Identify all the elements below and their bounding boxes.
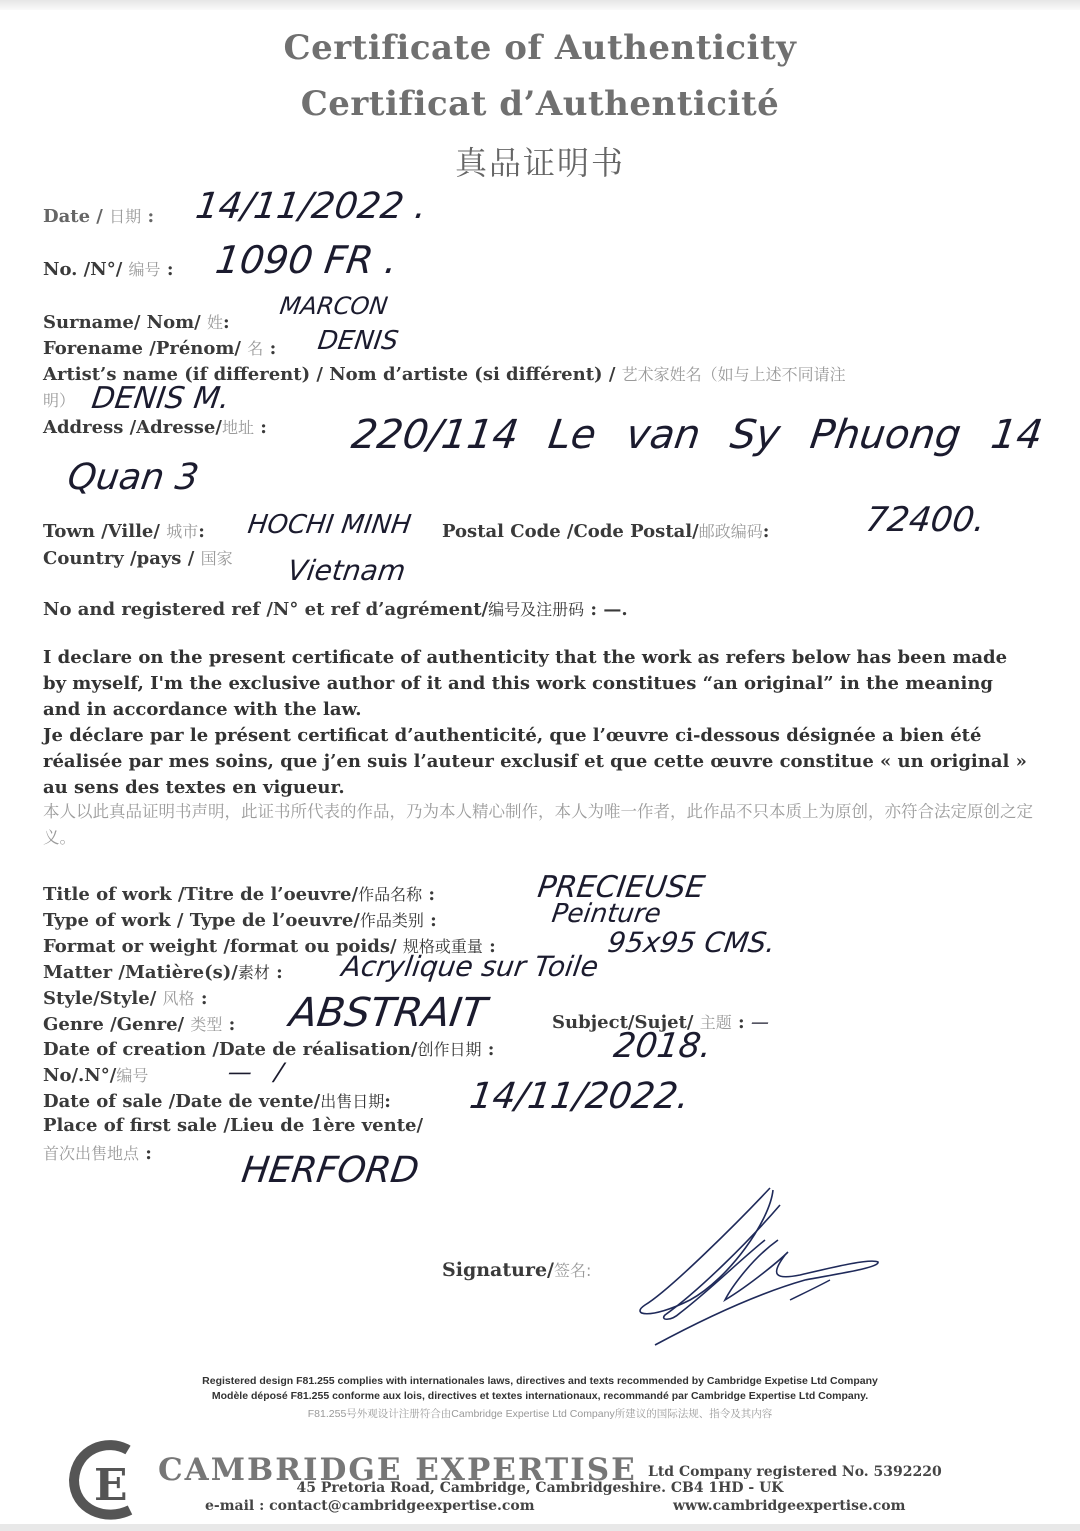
town-value: HOCHI MINH <box>246 510 413 540</box>
company-website: www.cambridgeexpertise.com <box>673 1498 905 1514</box>
footer-note-chinese: F81.255号外观设计注册符合由Cambridge Expertise Ltd… <box>0 1406 1080 1421</box>
no-label: No/.N°/编号 <box>43 1063 148 1086</box>
registered-ref-label: No and registered ref /N° et ref d’agrém… <box>43 597 628 620</box>
title-english: Certificate of Authenticity <box>0 28 1080 68</box>
address-line2: Quan 3 <box>65 457 201 498</box>
country-label: Country /pays / 国家 <box>43 546 233 569</box>
work-type-value: Peinture <box>550 899 663 929</box>
sale-date-value: 14/11/2022. <box>467 1076 692 1117</box>
signature-label: Signature/签名: <box>442 1258 591 1281</box>
company-email: e-mail : contact@cambridgeexpertise.com <box>205 1498 535 1514</box>
number-label: No. /N°/ 编号 : <box>43 257 173 280</box>
forename-label: Forename /Prénom/ 名 : <box>43 336 276 359</box>
first-sale-place-label-zh: 首次出售地点 : <box>43 1141 152 1164</box>
number-value: 1090 FR . <box>213 238 400 282</box>
scan-top-edge <box>0 0 1080 10</box>
footer-note-english: Registered design F81.255 complies with … <box>0 1375 1080 1387</box>
town-label: Town /Ville/ 城市: <box>43 519 205 542</box>
first-sale-place-value: HERFORD <box>239 1150 421 1191</box>
address-label: Address /Adresse/地址 : <box>43 415 267 438</box>
creation-date-value: 2018. <box>611 1026 714 1066</box>
company-registration: Ltd Company registered No. 5392220 <box>648 1464 942 1480</box>
matter-value: Acrylique sur Toile <box>340 950 601 983</box>
creation-date-label: Date of creation /Date de réalisation/创作… <box>43 1037 494 1060</box>
declaration-french: Je déclare par le présent certificat d’a… <box>43 723 1033 801</box>
handwritten-signature <box>630 1180 890 1350</box>
title-french: Certificat d’Authenticité <box>0 84 1080 124</box>
style-label: Style/Style/ 风格 : <box>43 986 207 1009</box>
matter-label: Matter /Matière(s)/素材 : <box>43 960 283 983</box>
declaration-chinese: 本人以此真品证明书声明，此证书所代表的作品，乃为本人精心制作，本人为唯一作者，此… <box>43 799 1033 851</box>
postal-code-label: Postal Code /Code Postal/邮政编码: <box>442 519 769 542</box>
artist-name-value: DENIS M. <box>90 381 232 416</box>
sale-date-label: Date of sale /Date de vente/出售日期: <box>43 1089 391 1112</box>
declaration-english: I declare on the present certificate of … <box>43 645 1033 723</box>
country-value: Vietnam <box>286 554 408 587</box>
genre-value: ABSTRAIT <box>287 990 489 1036</box>
date-value: 14/11/2022 . <box>193 186 429 227</box>
company-address: 45 Pretoria Road, Cambridge, Cambridgesh… <box>0 1480 1080 1496</box>
title-chinese: 真品证明书 <box>0 138 1080 184</box>
work-title-label: Title of work /Titre de l’oeuvre/作品名称 : <box>43 882 435 905</box>
address-line1: 220/114 Le van Sy Phuong 14 <box>349 412 1046 458</box>
forename-value: DENIS <box>316 326 400 356</box>
format-value: 95x95 CMS. <box>606 926 778 959</box>
scan-bottom-edge <box>0 1524 1080 1531</box>
surname-label: Surname/ Nom/ 姓: <box>43 310 230 333</box>
surname-value: MARCON <box>278 292 389 320</box>
genre-label: Genre /Genre/ 类型 : <box>43 1012 235 1035</box>
artist-name-label-cont: 明） <box>43 388 75 411</box>
work-type-label: Type of work / Type de l’oeuvre/作品类别 : <box>43 908 437 931</box>
no-value: — / <box>226 1058 285 1086</box>
first-sale-place-label: Place of first sale /Lieu de 1ère vente/ <box>43 1115 423 1136</box>
date-label: Date / 日期 : <box>43 204 154 227</box>
footer-note-french: Modèle déposé F81.255 conforme aux lois,… <box>0 1390 1080 1402</box>
postal-code-value: 72400. <box>863 500 988 540</box>
